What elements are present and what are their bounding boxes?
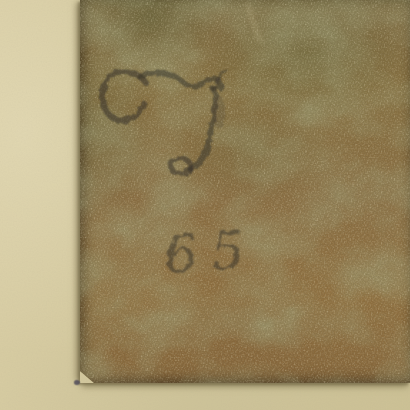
date-inscription: 65 [162,220,260,286]
corner-speck [74,380,80,385]
photo-stage: 65 [0,0,410,410]
artwork-paper: 65 [80,0,410,383]
paper-specks [80,0,410,383]
paper-texture: 65 [80,0,410,383]
